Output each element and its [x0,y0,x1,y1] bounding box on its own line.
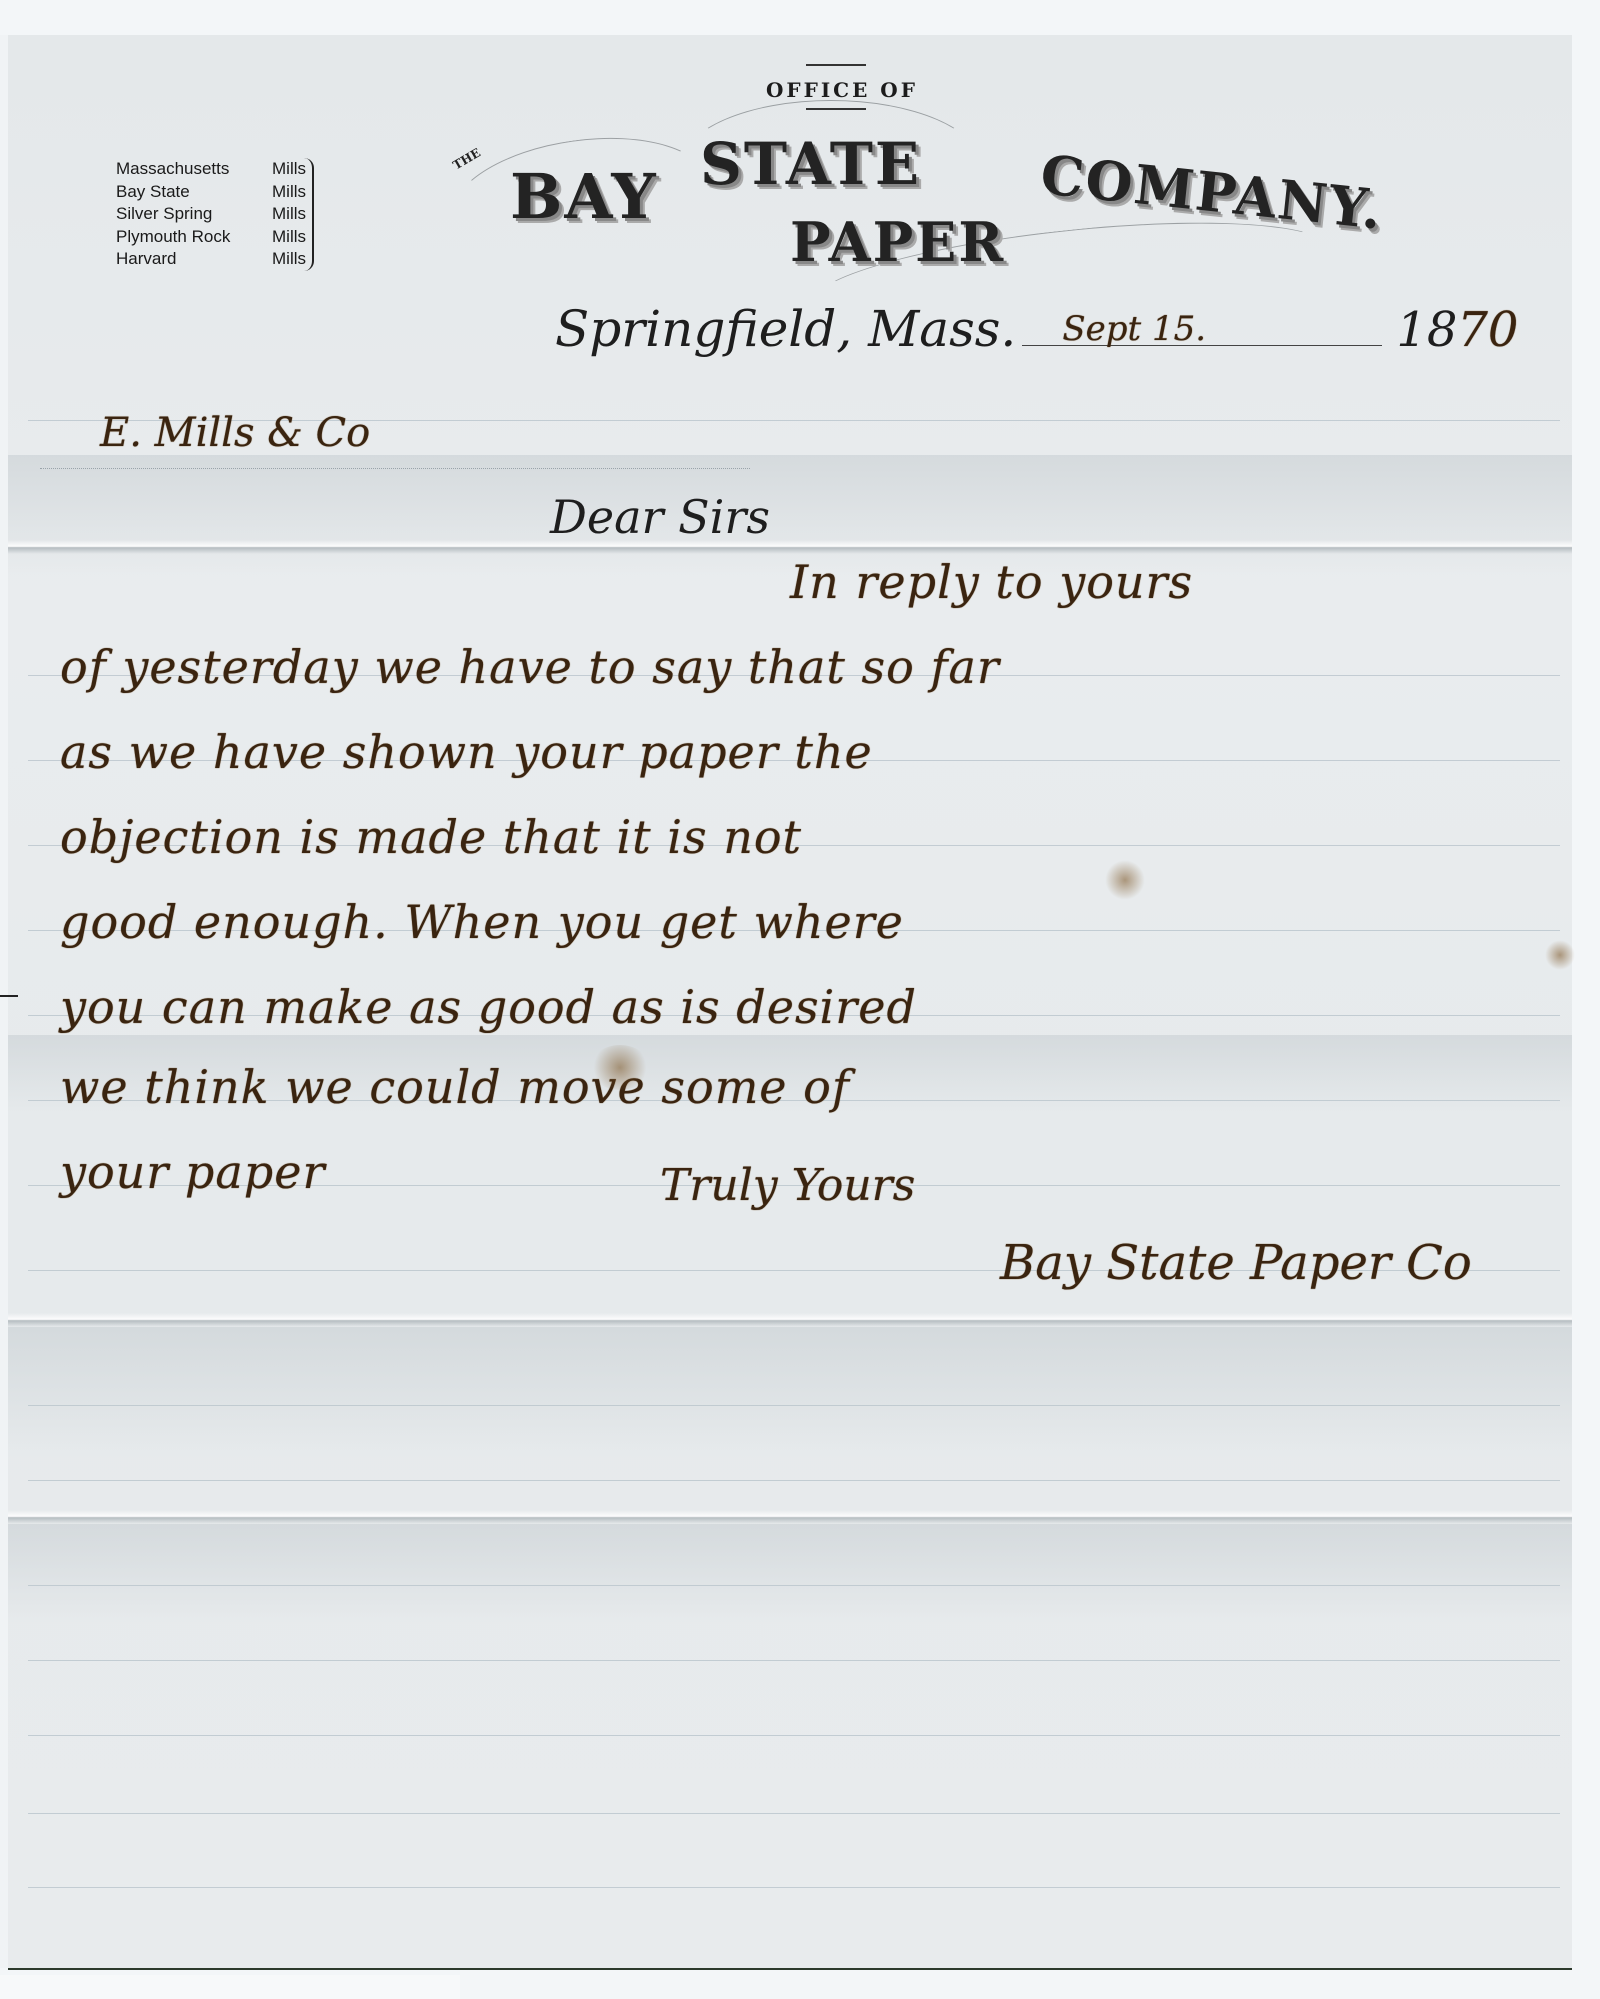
ink-stain [1105,860,1145,900]
signature: Bay State Paper Co [1000,1235,1472,1291]
year: 1870 [1396,302,1518,358]
body-line: of yesterday we have to say that so far [60,640,1000,694]
place-label: Springfield, Mass. [555,300,1016,358]
mills-item: MassachusettsMills [116,158,306,181]
mills-item: Silver SpringMills [116,203,306,226]
ink-stain [1545,940,1575,970]
company-word-state: STATE [700,130,921,198]
mills-item: Bay StateMills [116,181,306,204]
handwritten-date: Sept 15. [1062,309,1206,349]
fold-crease [8,1510,1572,1524]
company-word-bay: BAY [510,160,658,233]
fold-crease [8,540,1572,554]
closing: Truly Yours [660,1160,915,1211]
body-line: objection is made that it is not [60,810,802,864]
body-line: In reply to yours [790,555,1193,609]
place-date-line: Springfield, Mass. Sept 15. 1870 [555,300,1518,358]
body-line: we think we could move some of [60,1060,850,1114]
fold-shadow [8,1524,1572,1624]
fold-shadow [8,1327,1572,1457]
ink-stain [590,1045,650,1090]
the-label: THE [450,146,482,173]
ruled-line [28,1735,1560,1736]
date-field: Sept 15. [1022,305,1382,346]
scan-margin [0,1975,460,1999]
company-word-paper: PAPER [790,210,1005,274]
body-line: your paper [60,1145,325,1199]
address-line [40,468,750,469]
edge-mark [0,995,18,997]
ruled-line [28,1813,1560,1814]
ruled-line [28,1887,1560,1888]
mills-list: MassachusettsMills Bay StateMills Silver… [116,158,314,271]
salutation: Dear Sirs [550,490,770,544]
recipient: E. Mills & Co [100,410,370,456]
ruled-line [28,1480,1560,1481]
mills-item: Plymouth RockMills [116,226,306,249]
body-line: good enough. When you get where [60,895,904,949]
office-of-label: OFFICE OF [766,78,918,102]
body-line: you can make as good as is desired [60,980,917,1034]
letterhead: OFFICE OF THE BAY STATE PAPER COMPANY. [430,60,1410,290]
ruled-line [28,1660,1560,1661]
body-line: as we have shown your paper the [60,725,873,779]
fold-crease [8,1313,1572,1327]
mills-item: HarvardMills [116,248,306,271]
